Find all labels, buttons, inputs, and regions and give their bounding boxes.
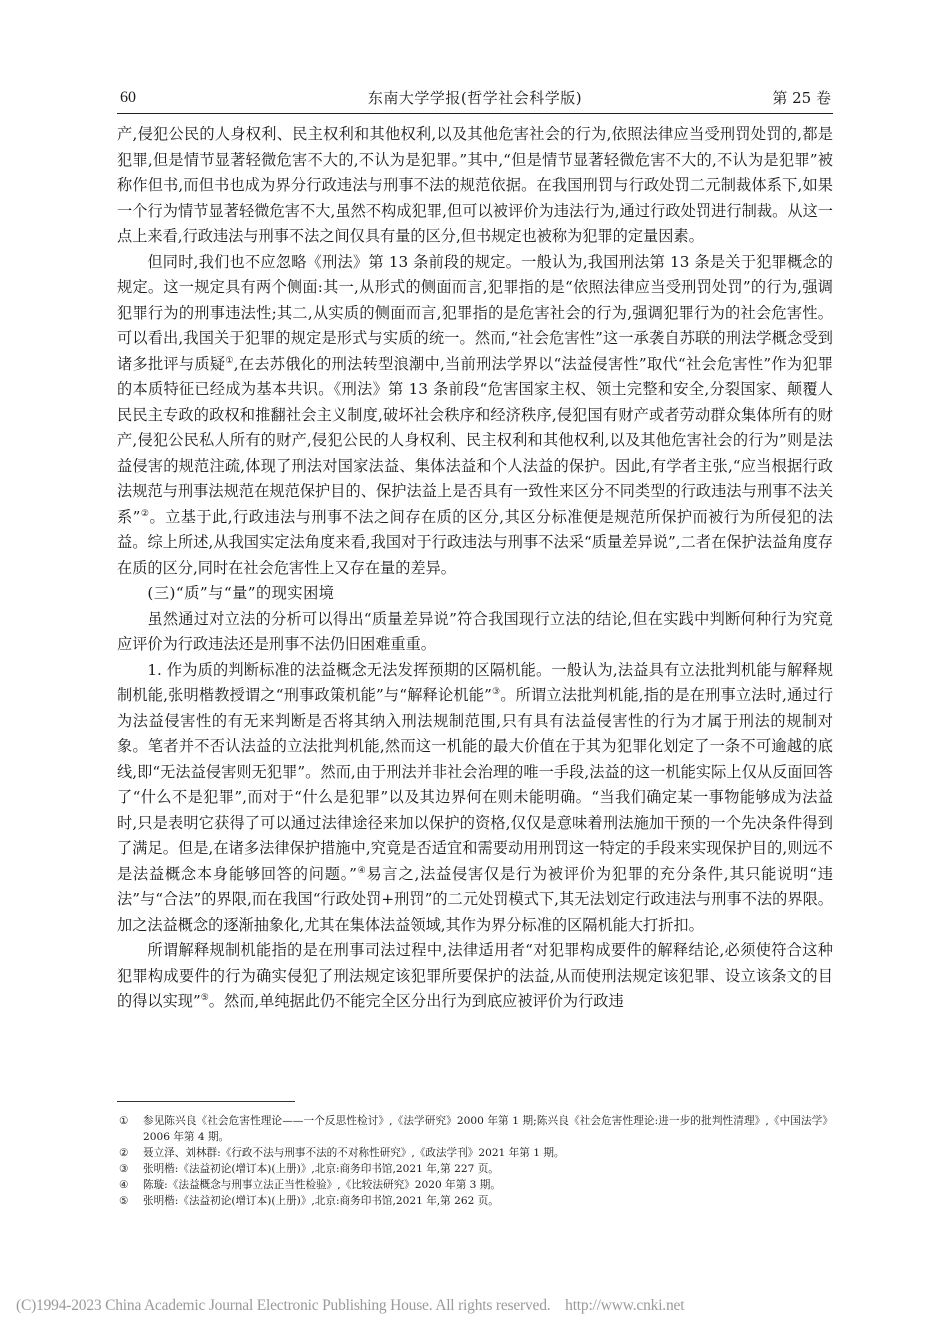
paragraph-text: 。所谓立法批判机能,指的是在刑事立法时,通过行为法益侵害性的有无来判断是否将其纳…: [117, 686, 833, 883]
paragraph-text: 。立基于此,行政违法与刑事不法之间存在质的区分,其区分标准便是规范所保护而被行为…: [117, 508, 833, 577]
paragraph-text: 虽然通过对立法的分析可以得出“质量差异说”符合我国现行立法的结论,但在实践中判断…: [117, 610, 833, 654]
paragraph: 所谓解释规制机能指的是在刑事司法过程中,法律适用者“对犯罪构成要件的解释结论,必…: [117, 938, 833, 1015]
footnote-marker: ④: [119, 1177, 129, 1193]
footnote-item: ①参见陈兴良《社会危害性理论——一个反思性检讨》,《法学研究》2000 年第 1…: [117, 1113, 833, 1145]
header-rule: [117, 113, 833, 114]
footnote-marker: ⑤: [119, 1193, 129, 1209]
footnote-text: 参见陈兴良《社会危害性理论——一个反思性检讨》,《法学研究》2000 年第 1 …: [143, 1115, 833, 1143]
footnote-marker: ②: [119, 1145, 129, 1161]
paragraph: 但同时,我们也不应忽略《刑法》第 13 条前段的规定。一般认为,我国刑法第 13…: [117, 250, 833, 582]
footnote-text: 陈璇:《法益概念与刑事立法正当性检验》,《比较法研究》2020 年第 3 期。: [143, 1179, 501, 1191]
running-header: 60 东南大学学报(哲学社会科学版) 第 25 卷: [117, 86, 833, 110]
article-body: 产,侵犯公民的人身权利、民主权利和其他权利,以及其他危害社会的行为,依照法律应当…: [117, 122, 833, 1015]
footnote-reference[interactable]: ⑤: [201, 993, 209, 1003]
footnote-marker: ③: [119, 1161, 129, 1177]
footnote-marker: ①: [119, 1113, 129, 1129]
footnote-reference[interactable]: ④: [357, 866, 367, 876]
footnote-item: ④陈璇:《法益概念与刑事立法正当性检验》,《比较法研究》2020 年第 3 期。: [117, 1177, 833, 1193]
paragraph-text: (三)“质”与“量”的现实困境: [147, 584, 334, 602]
footnotes: ①参见陈兴良《社会危害性理论——一个反思性检讨》,《法学研究》2000 年第 1…: [117, 1113, 833, 1209]
paragraph: 虽然通过对立法的分析可以得出“质量差异说”符合我国现行立法的结论,但在实践中判断…: [117, 607, 833, 658]
paragraph-text: 产,侵犯公民的人身权利、民主权利和其他权利,以及其他危害社会的行为,依照法律应当…: [117, 125, 833, 245]
paragraph-text: 。然而,单纯据此仍不能完全区分出行为到底应被评价为行政违: [209, 992, 624, 1010]
footnote-text: 张明楷:《法益初论(增订本)(上册)》,北京:商务印书馆,2021 年,第 26…: [143, 1195, 499, 1207]
footnote-reference[interactable]: ①: [225, 356, 233, 366]
footnote-item: ②聂立泽、刘林群:《行政不法与刑事不法的不对称性研究》,《政法学刊》2021 年…: [117, 1145, 833, 1161]
journal-title: 东南大学学报(哲学社会科学版): [117, 86, 833, 110]
footnote-text: 张明楷:《法益初论(增订本)(上册)》,北京:商务印书馆,2021 年,第 22…: [143, 1163, 499, 1175]
paragraph: 1. 作为质的判断标准的法益概念无法发挥预期的区隔机能。一般认为,法益具有立法批…: [117, 658, 833, 939]
footnote-separator: [117, 1101, 295, 1102]
footnote-item: ③张明楷:《法益初论(增订本)(上册)》,北京:商务印书馆,2021 年,第 2…: [117, 1161, 833, 1177]
section-subheading: (三)“质”与“量”的现实困境: [117, 581, 833, 607]
footnote-item: ⑤张明楷:《法益初论(增订本)(上册)》,北京:商务印书馆,2021 年,第 2…: [117, 1193, 833, 1209]
paragraph: 产,侵犯公民的人身权利、民主权利和其他权利,以及其他危害社会的行为,依照法律应当…: [117, 122, 833, 250]
volume-label: 第 25 卷: [772, 86, 831, 110]
paragraph-text: ,在去苏俄化的刑法转型浪潮中,当前刑法学界以“法益侵害性”取代“社会危害性”作为…: [117, 355, 833, 526]
copyright-notice: (C)1994-2023 China Academic Journal Elec…: [16, 1297, 684, 1315]
footnote-text: 聂立泽、刘林群:《行政不法与刑事不法的不对称性研究》,《政法学刊》2021 年第…: [143, 1147, 565, 1159]
